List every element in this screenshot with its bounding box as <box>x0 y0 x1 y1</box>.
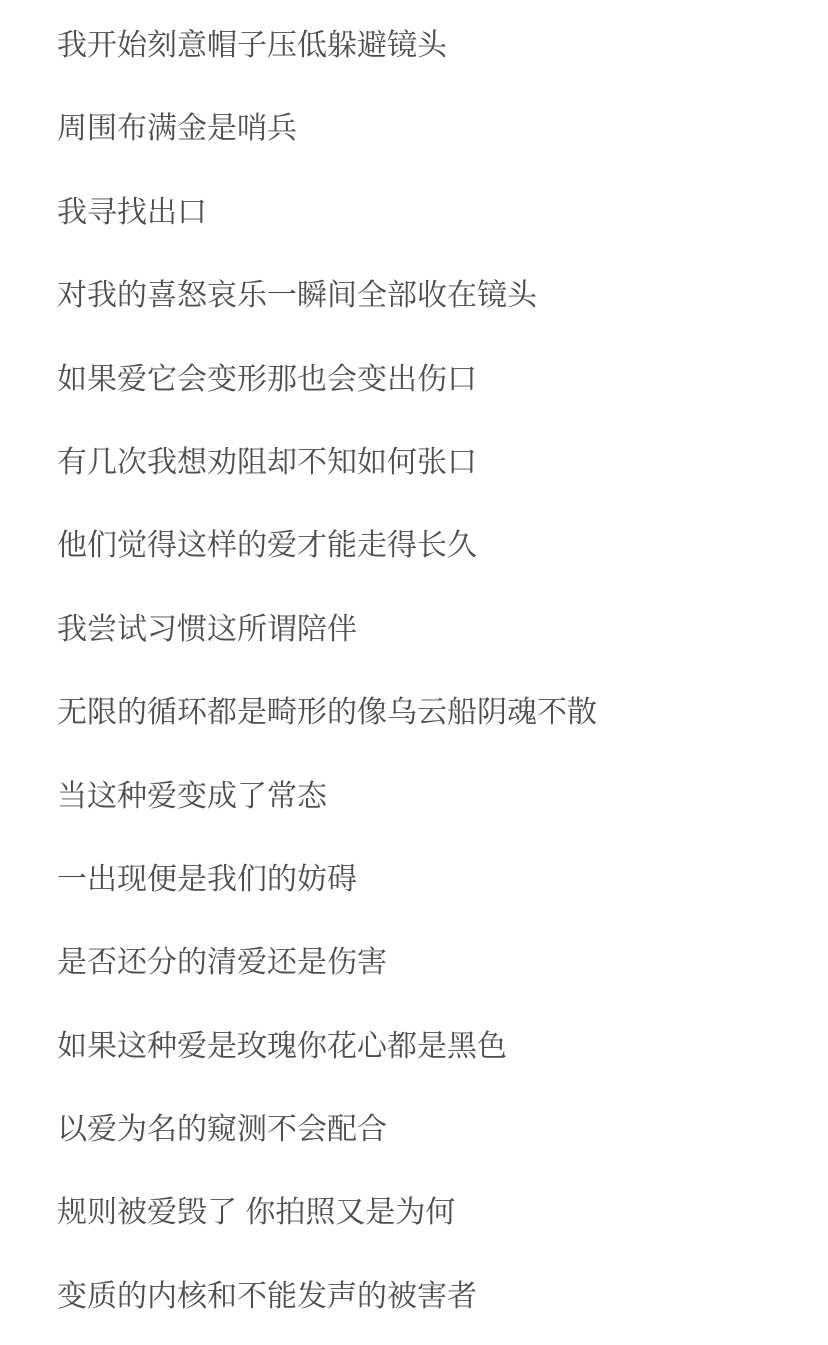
lyric-line: 如果这种爱是玫瑰你花心都是黑色 <box>57 1005 798 1088</box>
lyric-line: 以爱为名的窥测不会配合 <box>57 1088 798 1171</box>
lyric-line: 我开始刻意帽子压低躲避镜头 <box>57 4 798 87</box>
lyric-line: 周围布满金是哨兵 <box>57 87 798 170</box>
lyric-line: 一出现便是我们的妨碍 <box>57 838 798 921</box>
lyric-line: 我尝试习惯这所谓陪伴 <box>57 588 798 671</box>
lyric-line: 当这种爱变成了常态 <box>57 755 798 838</box>
lyric-line: 我寻找出口 <box>57 171 798 254</box>
lyrics-page: 我开始刻意帽子压低躲避镜头 周围布满金是哨兵 我寻找出口 对我的喜怒哀乐一瞬间全… <box>0 0 828 1345</box>
lyric-line: 如果爱它会变形那也会变出伤口 <box>57 338 798 421</box>
lyric-line: 他们觉得这样的爱才能走得长久 <box>57 504 798 587</box>
lyric-line: 有几次我想劝阻却不知如何张口 <box>57 421 798 504</box>
lyric-line: 对我的喜怒哀乐一瞬间全部收在镜头 <box>57 254 798 337</box>
lyric-line: 无限的循环都是畸形的像乌云船阴魂不散 <box>57 671 798 754</box>
lyric-line: 变质的内核和不能发声的被害者 <box>57 1255 798 1338</box>
lyric-line: 是否还分的清爱还是伤害 <box>57 921 798 1004</box>
lyric-line: 规则被爱毁了 你拍照又是为何 <box>57 1171 798 1254</box>
